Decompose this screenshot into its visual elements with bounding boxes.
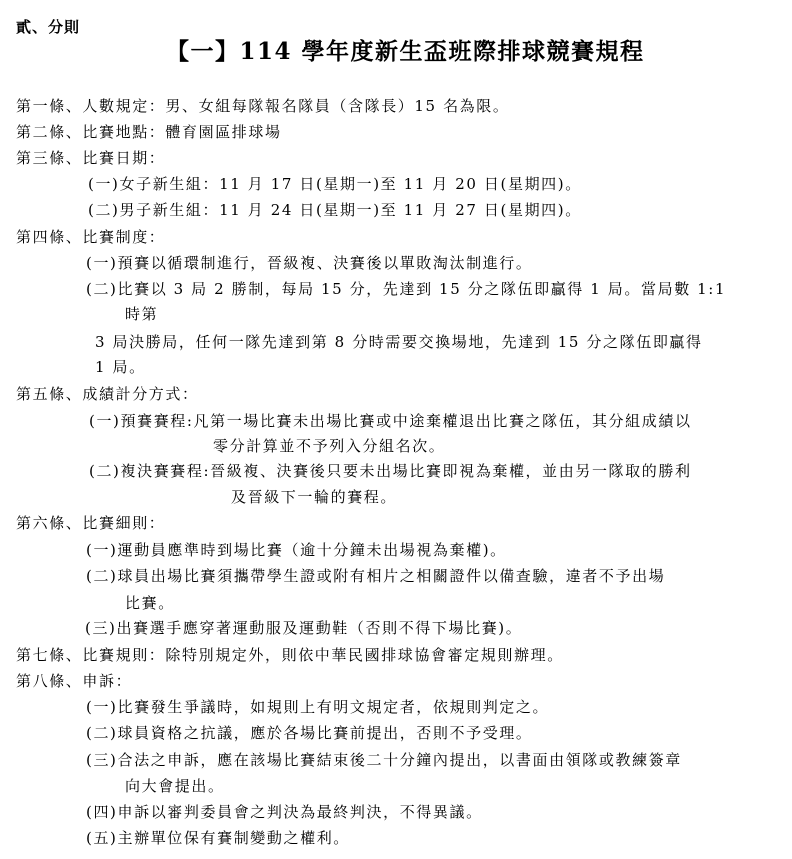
article-6-item-2-cont: 比賽。 <box>125 593 175 613</box>
article-3-item-2: (二)男子新生組：11 月 24 日(星期一)至 11 月 27 日(星期四)。 <box>88 200 582 220</box>
article-4-item-2-cont: 1 局。 <box>95 357 146 377</box>
article-5-item-2: (二)複決賽賽程:晉級複、決賽後只要未出場比賽即視為棄權，並由另一隊取的勝利 <box>89 461 692 481</box>
article-label: 第七條、比賽規則： <box>16 646 165 664</box>
article-8-item-3-cont: 向大會提出。 <box>125 776 225 796</box>
article-1: 第一條、人數規定：男、女組每隊報名隊員（含隊長）15 名為限。 <box>16 96 509 116</box>
article-label: 第二條、比賽地點： <box>16 123 165 141</box>
article-4-label: 第四條、比賽制度： <box>16 227 165 247</box>
article-6-item-2: (二)球員出場比賽須攜帶學生證或附有相片之相關證件以備查驗，違者不予出場 <box>86 566 665 586</box>
article-5-label: 第五條、成績計分方式： <box>16 384 199 404</box>
article-6-item-1: (一)運動員應準時到場比賽（逾十分鐘未出場視為棄權)。 <box>86 540 507 560</box>
article-4-item-2-cont: 3 局決勝局，任何一隊先達到第 8 分時需要交換場地，先達到 15 分之隊伍即贏… <box>95 332 703 352</box>
article-3-label: 第三條、比賽日期： <box>16 148 165 168</box>
article-5-item-1: (一)預賽賽程:凡第一場比賽未出場比賽或中途棄權退出比賽之隊伍，其分組成績以 <box>89 411 692 431</box>
article-8-item-5: (五)主辦單位保有賽制變動之權利。 <box>86 828 350 848</box>
article-3-item-1: (一)女子新生組：11 月 17 日(星期一)至 11 月 20 日(星期四)。 <box>88 174 582 194</box>
article-text: 男、女組每隊報名隊員（含隊長）15 名為限。 <box>165 97 509 115</box>
section-heading: 貳、分則 <box>16 17 80 37</box>
article-6-item-3: (三)出賽選手應穿著運動服及運動鞋（否則不得下場比賽)。 <box>85 618 522 638</box>
article-label: 第一條、人數規定： <box>16 97 165 115</box>
article-8-item-1: (一)比賽發生爭議時，如規則上有明文規定者，依規則判定之。 <box>86 697 549 717</box>
article-4-item-1: (一)預賽以循環制進行，晉級複、決賽後以單敗淘汰制進行。 <box>86 253 533 273</box>
article-8-item-4: (四)申訴以審判委員會之判決為最終判決，不得異議。 <box>86 802 483 822</box>
article-6-label: 第六條、比賽細則： <box>16 513 165 533</box>
article-4-item-2: (二)比賽以 3 局 2 勝制，每局 15 分，先達到 15 分之隊伍即贏得 1… <box>86 279 726 299</box>
article-8-item-3: (三)合法之申訴，應在該場比賽結束後二十分鐘內提出，以書面由領隊或教練簽章 <box>86 750 682 770</box>
article-5-item-2-cont: 及晉級下一輪的賽程。 <box>231 487 397 507</box>
article-2: 第二條、比賽地點：體育園區排球場 <box>16 122 282 142</box>
article-8-label: 第八條、申訴： <box>16 671 132 691</box>
page-title: 【一】114 學年度新生盃班際排球競賽規程 <box>166 37 645 67</box>
article-4-item-2-cont: 時第 <box>125 304 158 324</box>
article-8-item-2: (二)球員資格之抗議，應於各場比賽前提出，否則不予受理。 <box>86 723 533 743</box>
article-5-item-1-cont: 零分計算並不予列入分組名次。 <box>213 436 445 456</box>
article-text: 體育園區排球場 <box>165 123 281 141</box>
article-text: 除特別規定外，則依中華民國排球協會審定規則辦理。 <box>165 646 563 664</box>
article-7: 第七條、比賽規則：除特別規定外，則依中華民國排球協會審定規則辦理。 <box>16 645 564 665</box>
